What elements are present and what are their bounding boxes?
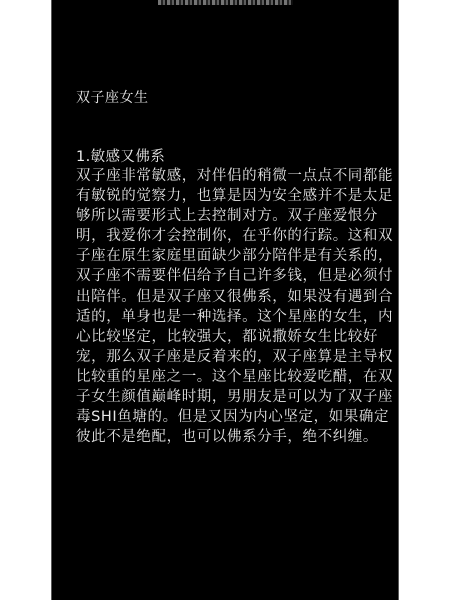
- body-line: 比较重的星座之一。这个星座比较爱吃醋，在双: [76, 367, 388, 387]
- body-line: 彼此不是绝配，也可以佛系分手，绝不纠缠。: [76, 427, 388, 447]
- body-line: 毒SHI鱼塘的。但是又因为内心坚定，如果确定: [76, 407, 388, 427]
- body-line: 有敏锐的觉察力，也算是因为安全感并不是太足: [76, 186, 388, 206]
- cropped-timestamp: [158, 0, 293, 5]
- status-bar-timestamp-cropped: [52, 0, 398, 5]
- body-line: 双子座非常敏感，对伴侣的稍微一点点不同都能: [76, 166, 388, 186]
- body-line: 心比较坚定，比较强大，都说撒娇女生比较好: [76, 327, 388, 347]
- phone-screen: 双子座女生 1.敏感又佛系 双子座非常敏感，对伴侣的稍微一点点不同都能 有敏锐的…: [51, 0, 399, 600]
- body-line: 够所以需要形式上去控制对方。双子座爱恨分: [76, 206, 388, 226]
- note-title: 双子座女生: [76, 88, 149, 108]
- body-line: 宠，那么双子座是反着来的，双子座算是主导权: [76, 347, 388, 367]
- section-body-text[interactable]: 双子座非常敏感，对伴侣的稍微一点点不同都能 有敏锐的觉察力，也算是因为安全感并不…: [76, 166, 388, 447]
- body-line: 子女生颜值巅峰时期，男朋友是可以为了双子座: [76, 387, 388, 407]
- body-line: 适的，单身也是一种选择。这个星座的女生，内: [76, 307, 388, 327]
- body-line: 出陪伴。但是双子座又很佛系，如果没有遇到合: [76, 287, 388, 307]
- section-heading: 1.敏感又佛系: [76, 147, 165, 167]
- body-line: 子座在原生家庭里面缺少部分陪伴是有关系的，: [76, 246, 388, 266]
- body-line: 双子座不需要伴侣给予自己许多钱，但是必须付: [76, 266, 388, 286]
- body-line: 明，我爱你才会控制你，在乎你的行踪。这和双: [76, 226, 388, 246]
